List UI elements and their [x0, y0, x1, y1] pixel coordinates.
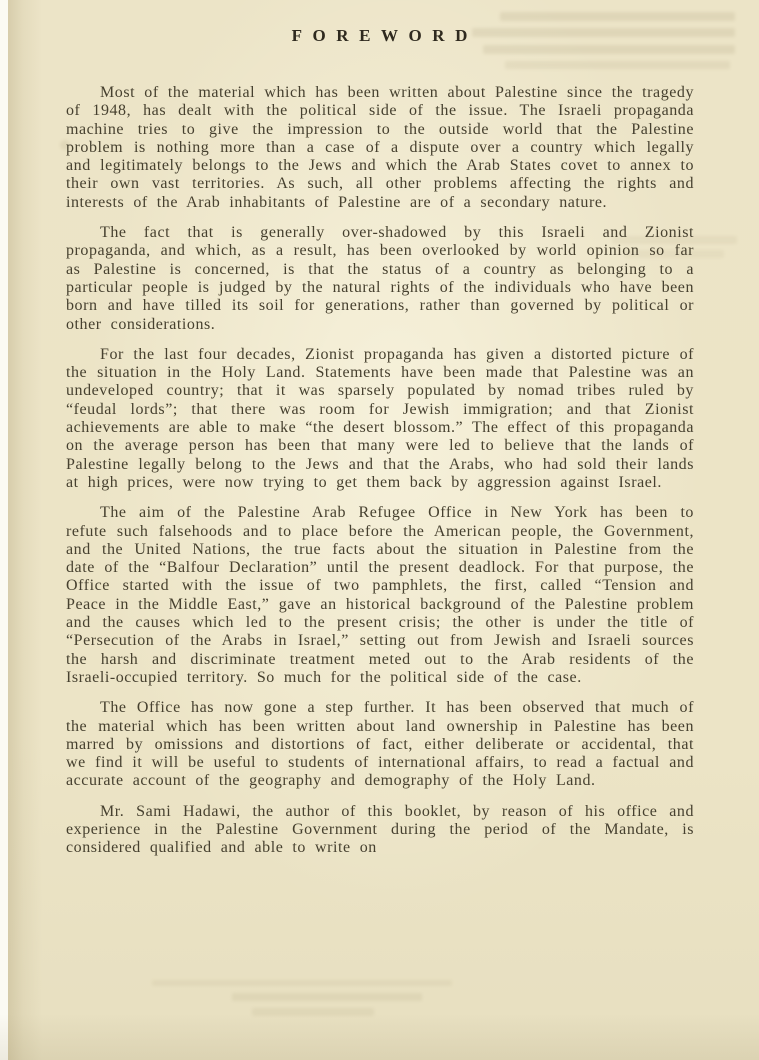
paragraph: Mr. Sami Hadawi, the author of this book…: [66, 803, 694, 858]
paragraph: For the last four decades, Zionist propa…: [66, 346, 694, 492]
page-binding-shadow: [8, 0, 42, 1060]
scan-edge: [0, 0, 8, 1060]
paragraph: The aim of the Palestine Arab Refugee Of…: [66, 504, 694, 687]
page-bottom-shadow: [0, 1014, 759, 1060]
paragraph: Most of the material which has been writ…: [66, 84, 694, 212]
page-title: FOREWORD: [0, 26, 759, 46]
paragraph: The Office has now gone a step further. …: [66, 699, 694, 790]
show-through-artifact: [152, 980, 452, 986]
scanned-page: FOREWORD Most of the material which has …: [0, 0, 759, 1060]
show-through-artifact: [232, 993, 422, 1001]
body-text-column: Most of the material which has been writ…: [66, 84, 694, 870]
show-through-artifact: [505, 61, 730, 69]
paragraph: The fact that is generally over-shadowed…: [66, 224, 694, 334]
show-through-artifact: [500, 12, 735, 21]
show-through-artifact: [252, 1008, 374, 1016]
